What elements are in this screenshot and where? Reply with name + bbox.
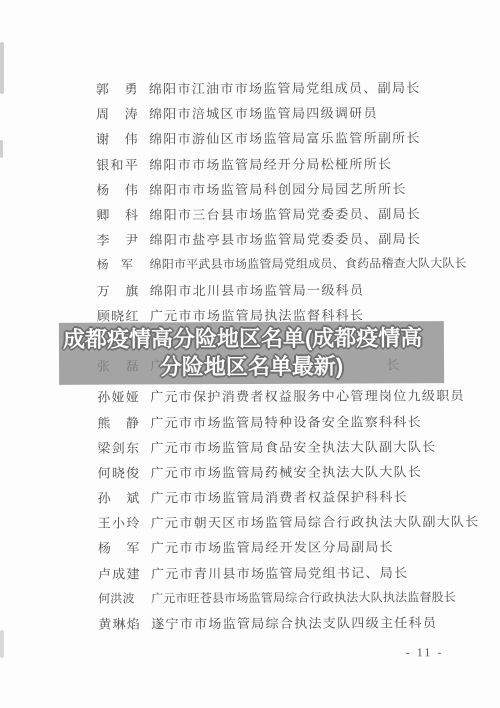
table-row: 何洪波广元市旺苍县市场监管局综合行政执法大队执法监督股长 <box>1 584 500 611</box>
person-title: 广元市市场监管局药械安全执法大队大队长 <box>150 461 422 481</box>
person-name: 梁剑东 <box>97 437 139 456</box>
person-title: 绵阳市北川县市场监管局一级科员 <box>150 279 365 299</box>
person-title: 绵阳市盐亭县市场监管局党委委员、副局长 <box>149 228 421 248</box>
table-row: 卿 科绵阳市三台县市场监管局党委委员、副局长 <box>0 200 499 227</box>
person-name: 杨 军 <box>98 538 140 557</box>
table-row: 周 涛绵阳市涪城区市场监管局四级调研员 <box>0 99 499 126</box>
scan-artifact <box>0 42 4 94</box>
person-title: 广元市旺苍县市场监管局综合行政执法大队执法监督股长 <box>151 588 456 606</box>
person-title: 绵阳市涪城区市场监管局四级调研员 <box>149 103 378 123</box>
person-name: 孙 斌 <box>98 488 140 507</box>
person-name: 周 涛 <box>96 104 138 123</box>
person-name: 熊 静 <box>97 412 139 431</box>
table-row: 杨 军绵阳市平武县市场监管局党组成员、食药品稽查大队大队长 <box>0 250 500 277</box>
person-title: 广元市市场监管局消费者权益保护科科长 <box>151 486 408 506</box>
person-title: 广元市青川县市场监管局党组书记、局长 <box>151 562 408 582</box>
person-name: 何洪波 <box>98 589 140 606</box>
table-row: 王小玲广元市朝天区市场监管局综合行政执法大队副大队长 <box>1 508 500 535</box>
table-row: 万 旗绵阳市北川县市场监管局一级科员 <box>0 275 500 302</box>
person-title: 绵阳市平武县市场监管局党组成员、食药品稽查大队大队长 <box>150 254 467 272</box>
person-title: 绵阳市三台县市场监管局党委委员、副局长 <box>149 203 421 223</box>
headline-overlay-banner: 成都疫情高分险地区名单(成都疫情高 分险地区名单最新) <box>59 321 444 385</box>
person-title: 广元市市场监管局食品安全执法大队副大队长 <box>150 436 436 456</box>
scanned-document-page: 郭 勇绵阳市江油市市场监管局党组成员、副局长周 涛绵阳市涪城区市场监管局四级调研… <box>0 0 500 708</box>
person-title: 遂宁市市场监管局综合执法支队四级主任科员 <box>151 612 437 632</box>
person-name: 孙娅娅 <box>97 387 139 406</box>
headline-line-1: 成都疫情高分险地区名单(成都疫情高 <box>59 324 444 354</box>
table-row: 谢 伟绵阳市游仙区市场监管局富乐监管所副所长 <box>0 124 499 151</box>
table-row: 孙娅娅广元市保护消费者权益服务中心管理岗位九级职员 <box>0 382 500 409</box>
person-name: 何晓俊 <box>97 462 139 481</box>
person-title: 广元市保护消费者权益服务中心管理岗位九级职员 <box>150 385 465 405</box>
table-row: 杨 伟绵阳市市场监管局科创园分局园艺所所长 <box>0 175 499 202</box>
person-title: 广元市市场监管局经开发区分局副局长 <box>151 537 394 557</box>
person-name: 万 旗 <box>97 280 139 299</box>
person-name: 银和平 <box>96 154 138 173</box>
person-title: 绵阳市市场监管局科创园分局园艺所所长 <box>149 178 406 198</box>
scan-artifact <box>0 140 3 158</box>
person-title: 广元市市场监管局特种设备安全监察科科长 <box>150 411 422 431</box>
person-name: 王小玲 <box>98 513 140 532</box>
person-name: 卢成建 <box>98 563 140 582</box>
table-row: 何晓俊广元市市场监管局药械安全执法大队大队长 <box>0 458 500 485</box>
person-name: 杨 伟 <box>96 179 138 198</box>
person-name: 郭 勇 <box>96 79 138 98</box>
table-row: 梁剑东广元市市场监管局食品安全执法大队副大队长 <box>0 433 500 460</box>
table-row: 孙 斌广元市市场监管局消费者权益保护科科长 <box>1 483 500 510</box>
page-content: 郭 勇绵阳市江油市市场监管局党组成员、副局长周 涛绵阳市涪城区市场监管局四级调研… <box>0 0 500 708</box>
person-name: 卿 科 <box>96 205 138 224</box>
person-title: 绵阳市游仙区市场监管局富乐监管所副所长 <box>149 128 421 148</box>
table-row: 李 尹绵阳市盐亭县市场监管局党委委员、副局长 <box>0 225 500 252</box>
person-name: 杨 军 <box>97 256 139 273</box>
headline-line-2: 分险地区名单最新) <box>59 352 444 382</box>
person-title: 广元市朝天区市场监管局综合行政执法大队副大队长 <box>151 511 480 531</box>
person-name: 黄琳焰 <box>98 614 140 633</box>
person-name: 李 尹 <box>96 230 138 249</box>
table-row: 银和平绵阳市市场监管局经开分局松桠所所长 <box>0 149 499 176</box>
table-row: 杨 军广元市市场监管局经开发区分局副局长 <box>1 533 500 560</box>
table-row: 黄琳焰遂宁市市场监管局综合执法支队四级主任科员 <box>1 609 500 636</box>
person-title: 绵阳市江油市市场监管局党组成员、副局长 <box>149 77 421 97</box>
table-row: 卢成建广元市青川县市场监管局党组书记、局长 <box>1 558 500 585</box>
table-row: 郭 勇绵阳市江油市市场监管局党组成员、副局长 <box>0 74 499 101</box>
person-name: 谢 伟 <box>96 129 138 148</box>
table-row: 熊 静广元市市场监管局特种设备安全监察科科长 <box>0 407 500 434</box>
person-title: 绵阳市市场监管局经开分局松桠所所长 <box>149 153 392 173</box>
scan-artifact <box>0 630 4 658</box>
page-number: - 11 - <box>406 645 444 660</box>
